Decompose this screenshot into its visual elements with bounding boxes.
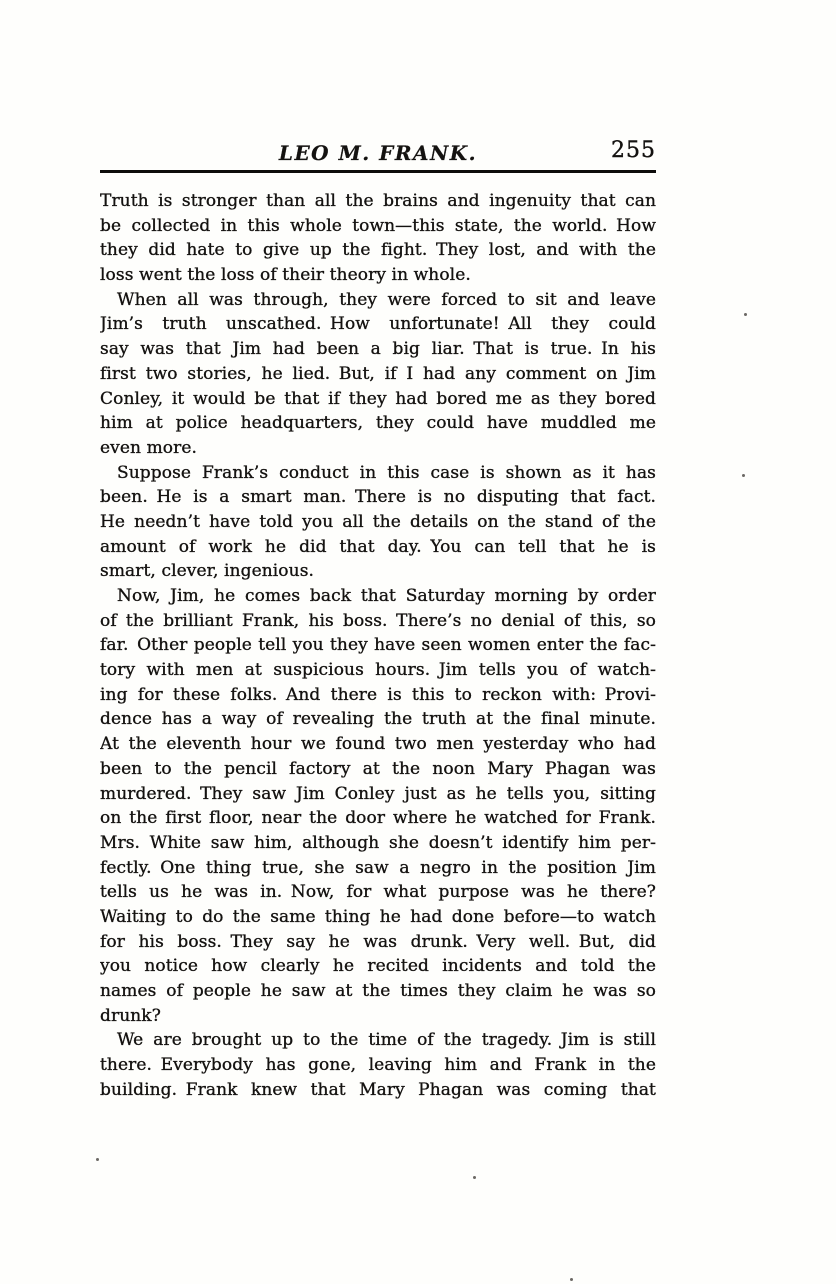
text-line: ing for these folks. And there is this t…	[100, 683, 656, 708]
scan-speck	[473, 1176, 476, 1179]
text-line: for his boss. They say he was drunk. Ver…	[100, 930, 656, 955]
page-header: LEO M. FRANK. 255	[100, 141, 656, 167]
text-line: they did hate to give up the fight. They…	[100, 238, 656, 263]
page-content: LEO M. FRANK. 255 Truth is stronger than…	[100, 141, 656, 1102]
text-line: Truth is stronger than all the brains an…	[100, 189, 656, 214]
text-line: Waiting to do the same thing he had done…	[100, 905, 656, 930]
text-line: of the brilliant Frank, his boss. There’…	[100, 609, 656, 634]
scan-speck	[744, 313, 747, 316]
text-line: At the eleventh hour we found two men ye…	[100, 732, 656, 757]
paragraph: When all was through, they were forced t…	[100, 288, 656, 461]
text-line: tory with men at suspicious hours. Jim t…	[100, 658, 656, 683]
text-line: dence has a way of revealing the truth a…	[100, 707, 656, 732]
text-line: loss went the loss of their theory in wh…	[100, 263, 656, 288]
text-line: amount of work he did that day. You can …	[100, 535, 656, 560]
text-line: Suppose Frank’s conduct in this case is …	[100, 461, 656, 486]
text-line: He needn’t have told you all the details…	[100, 510, 656, 535]
book-page: LEO M. FRANK. 255 Truth is stronger than…	[0, 0, 836, 1284]
text-line: drunk?	[100, 1004, 656, 1029]
paragraph: Truth is stronger than all the brains an…	[100, 189, 656, 288]
text-line: Now, Jim, he comes back that Saturday mo…	[100, 584, 656, 609]
body-text: Truth is stronger than all the brains an…	[100, 189, 656, 1102]
text-line: be collected in this whole town—this sta…	[100, 214, 656, 239]
page-number: 255	[611, 138, 656, 164]
text-line: names of people he saw at the times they…	[100, 979, 656, 1004]
scan-speck	[570, 1278, 573, 1281]
text-line: murdered. They saw Jim Conley just as he…	[100, 782, 656, 807]
text-line: him at police headquarters, they could h…	[100, 411, 656, 436]
text-line: Jim’s truth unscathed. How unfortunate! …	[100, 312, 656, 337]
text-line: say was that Jim had been a big liar. Th…	[100, 337, 656, 362]
page-header-title: LEO M. FRANK.	[100, 141, 656, 165]
text-line: When all was through, they were forced t…	[100, 288, 656, 313]
text-line: been. He is a smart man. There is no dis…	[100, 485, 656, 510]
text-line: smart, clever, ingenious.	[100, 559, 656, 584]
text-line: there. Everybody has gone, leaving him a…	[100, 1053, 656, 1078]
scan-speck	[96, 1158, 99, 1161]
text-line: far. Other people tell you they have see…	[100, 633, 656, 658]
text-line: on the first floor, near the door where …	[100, 806, 656, 831]
text-line: you notice how clearly he recited incide…	[100, 954, 656, 979]
text-line: building. Frank knew that Mary Phagan wa…	[100, 1078, 656, 1103]
paragraph: Now, Jim, he comes back that Saturday mo…	[100, 584, 656, 1028]
text-line: Conley, it would be that if they had bor…	[100, 387, 656, 412]
text-line: first two stories, he lied. But, if I ha…	[100, 362, 656, 387]
text-line: even more.	[100, 436, 656, 461]
text-line: Mrs. White saw him, although she doesn’t…	[100, 831, 656, 856]
paragraph: We are brought up to the time of the tra…	[100, 1028, 656, 1102]
header-rule	[100, 170, 656, 173]
text-line: We are brought up to the time of the tra…	[100, 1028, 656, 1053]
text-line: been to the pencil factory at the noon M…	[100, 757, 656, 782]
text-line: tells us he was in. Now, for what purpos…	[100, 880, 656, 905]
scan-speck	[742, 474, 745, 477]
paragraph: Suppose Frank’s conduct in this case is …	[100, 461, 656, 584]
text-line: fectly. One thing true, she saw a negro …	[100, 856, 656, 881]
